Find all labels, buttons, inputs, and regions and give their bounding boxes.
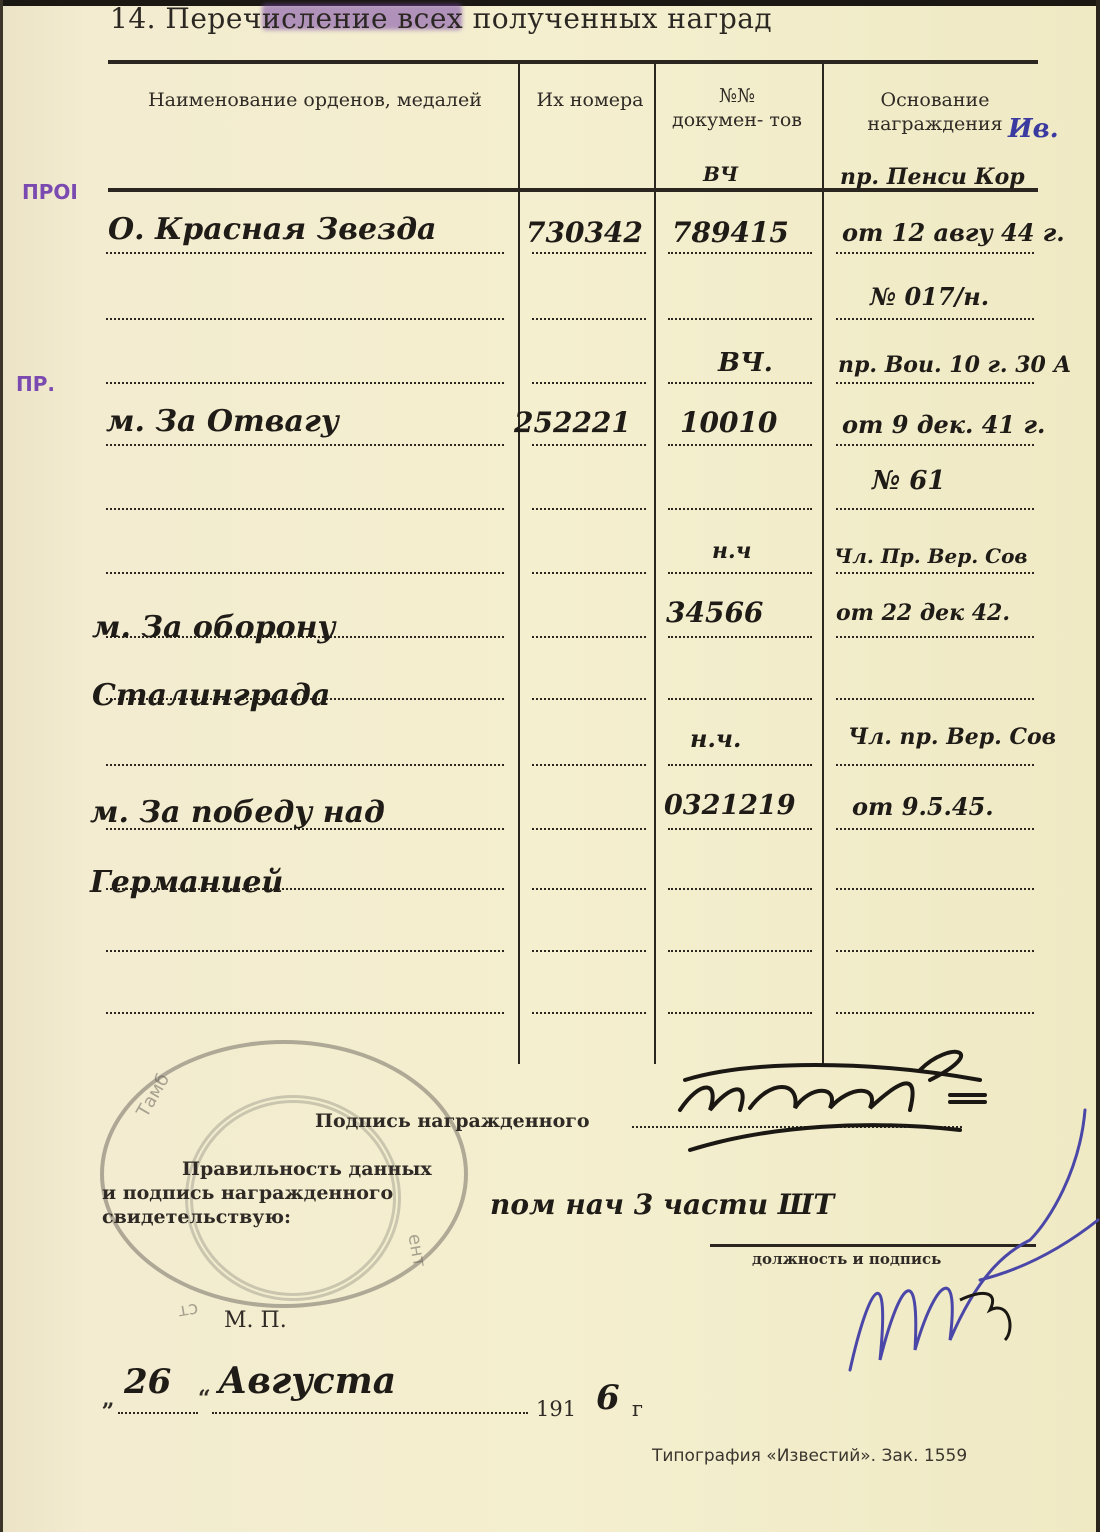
ruled-line bbox=[106, 318, 504, 320]
award-number: 730342 bbox=[526, 216, 643, 249]
ruled-line bbox=[668, 1012, 812, 1014]
column-divider bbox=[654, 64, 656, 1064]
header-basis: Основание награждения bbox=[845, 88, 1025, 136]
ruled-line bbox=[532, 698, 646, 700]
award-basis: от 9 дек. 41 г. bbox=[842, 410, 1045, 439]
doc-number: 789415 bbox=[672, 216, 789, 249]
ruled-line bbox=[532, 636, 646, 638]
ruled-line bbox=[106, 508, 504, 510]
header-award-name: Наименование орденов, медалей bbox=[130, 88, 500, 112]
header-doc-number: №№ докумен- тов bbox=[672, 84, 802, 132]
ruled-line bbox=[836, 508, 1034, 510]
ruled-line bbox=[836, 888, 1034, 890]
ruled-line bbox=[532, 888, 646, 890]
scan-edge-left bbox=[0, 0, 3, 1532]
certifier-position: пом нач 3 части ШТ bbox=[490, 1188, 834, 1221]
award-basis: от 9.5.45. bbox=[852, 792, 994, 821]
column-divider bbox=[518, 64, 520, 1064]
ruled-line bbox=[532, 764, 646, 766]
certification-label: свидетельствую: bbox=[102, 1206, 291, 1228]
date-day-line bbox=[118, 1412, 198, 1414]
ruled-line bbox=[668, 636, 812, 638]
ruled-line bbox=[532, 572, 646, 574]
ruled-line bbox=[836, 698, 1034, 700]
award-basis: Чл. Пр. Вер. Сов bbox=[834, 544, 1028, 568]
certification-label: Правильность данных bbox=[182, 1158, 432, 1180]
award-name: м. За оборону Сталинграда bbox=[92, 594, 492, 730]
date-day: 26 bbox=[124, 1362, 171, 1402]
ruled-line bbox=[106, 1012, 504, 1014]
ruled-line bbox=[668, 318, 812, 320]
date-quote-close: “ bbox=[198, 1388, 211, 1410]
ruled-line bbox=[532, 828, 646, 830]
ruled-line bbox=[836, 950, 1034, 952]
margin-stamp: ПРОІ bbox=[22, 180, 78, 204]
ruled-line bbox=[836, 764, 1034, 766]
header-basis-annotation: пр. Пенси Кор bbox=[840, 164, 1025, 190]
award-basis: от 12 авгу 44 г. bbox=[842, 218, 1065, 247]
doc-prefix: н.ч. bbox=[690, 724, 741, 753]
ruled-line bbox=[836, 444, 1034, 446]
ruled-line bbox=[668, 572, 812, 574]
date-year-unit: г bbox=[632, 1398, 643, 1420]
date-quote-open: „ bbox=[102, 1388, 115, 1410]
award-name: м. За Отвагу bbox=[106, 404, 339, 439]
seal-text: ст bbox=[176, 1298, 200, 1322]
ruled-line bbox=[668, 888, 812, 890]
award-basis: Чл. пр. Вер. Сов bbox=[848, 724, 1056, 750]
ruled-line bbox=[532, 382, 646, 384]
header-basis-annotation-blue: Ив. bbox=[1008, 114, 1059, 144]
ruled-line bbox=[668, 252, 812, 254]
ruled-line bbox=[106, 252, 504, 254]
ruled-line bbox=[668, 508, 812, 510]
date-month-line bbox=[212, 1412, 528, 1414]
date-year-suffix: 6 bbox=[596, 1378, 620, 1418]
header-doc-annotation: ВЧ bbox=[703, 162, 738, 186]
certifier-signature bbox=[840, 1100, 1100, 1380]
ruled-line bbox=[836, 318, 1034, 320]
award-basis: № 61 bbox=[872, 466, 946, 496]
ruled-line bbox=[106, 950, 504, 952]
ruled-line bbox=[836, 572, 1034, 574]
doc-number: 10010 bbox=[680, 406, 777, 439]
date-month: Августа bbox=[218, 1360, 396, 1402]
table-top-rule bbox=[108, 60, 1038, 64]
ruled-line bbox=[106, 444, 504, 446]
ruled-line bbox=[106, 764, 504, 766]
ruled-line bbox=[836, 382, 1034, 384]
ruled-line bbox=[668, 698, 812, 700]
margin-stamp: ПР. bbox=[16, 372, 55, 396]
award-number: 252221 bbox=[514, 406, 631, 439]
ruled-line bbox=[532, 508, 646, 510]
ruled-line bbox=[532, 252, 646, 254]
ruled-line bbox=[668, 828, 812, 830]
ruled-line bbox=[532, 950, 646, 952]
section-title: 14. Перечисление всех полученных наград bbox=[110, 2, 772, 35]
ruled-line bbox=[532, 1012, 646, 1014]
ruled-line bbox=[668, 444, 812, 446]
ruled-line bbox=[668, 950, 812, 952]
ruled-line bbox=[668, 382, 812, 384]
certification-label: и подпись награжденного bbox=[102, 1182, 393, 1204]
header-award-number: Их номера bbox=[535, 88, 645, 112]
ruled-line bbox=[836, 636, 1034, 638]
award-name: О. Красная Звезда bbox=[108, 212, 437, 247]
ruled-line bbox=[668, 764, 812, 766]
doc-number: 0321219 bbox=[664, 790, 796, 821]
award-name: м. За победу над Германией bbox=[90, 778, 490, 918]
doc-number: 34566 bbox=[666, 596, 763, 629]
seal-placement-label: М. П. bbox=[224, 1310, 287, 1332]
date-year-prefix: 191 bbox=[536, 1398, 576, 1420]
ruled-line bbox=[532, 318, 646, 320]
ruled-line bbox=[836, 252, 1034, 254]
award-basis: № 017/н. bbox=[870, 282, 989, 311]
printer-imprint: Типография «Известий». Зак. 1559 bbox=[652, 1446, 967, 1466]
ruled-line bbox=[836, 828, 1034, 830]
column-divider bbox=[822, 64, 824, 1064]
awardee-signature-label: Подпись награжденного bbox=[315, 1110, 590, 1132]
award-basis: от 22 дек 42. bbox=[836, 600, 1010, 626]
doc-prefix: ВЧ. bbox=[718, 348, 773, 378]
award-basis: пр. Вои. 10 г. 30 А bbox=[838, 352, 1071, 378]
ruled-line bbox=[532, 444, 646, 446]
ruled-line bbox=[106, 382, 504, 384]
ruled-line bbox=[836, 1012, 1034, 1014]
ruled-line bbox=[106, 572, 504, 574]
doc-prefix: н.ч bbox=[712, 538, 751, 564]
